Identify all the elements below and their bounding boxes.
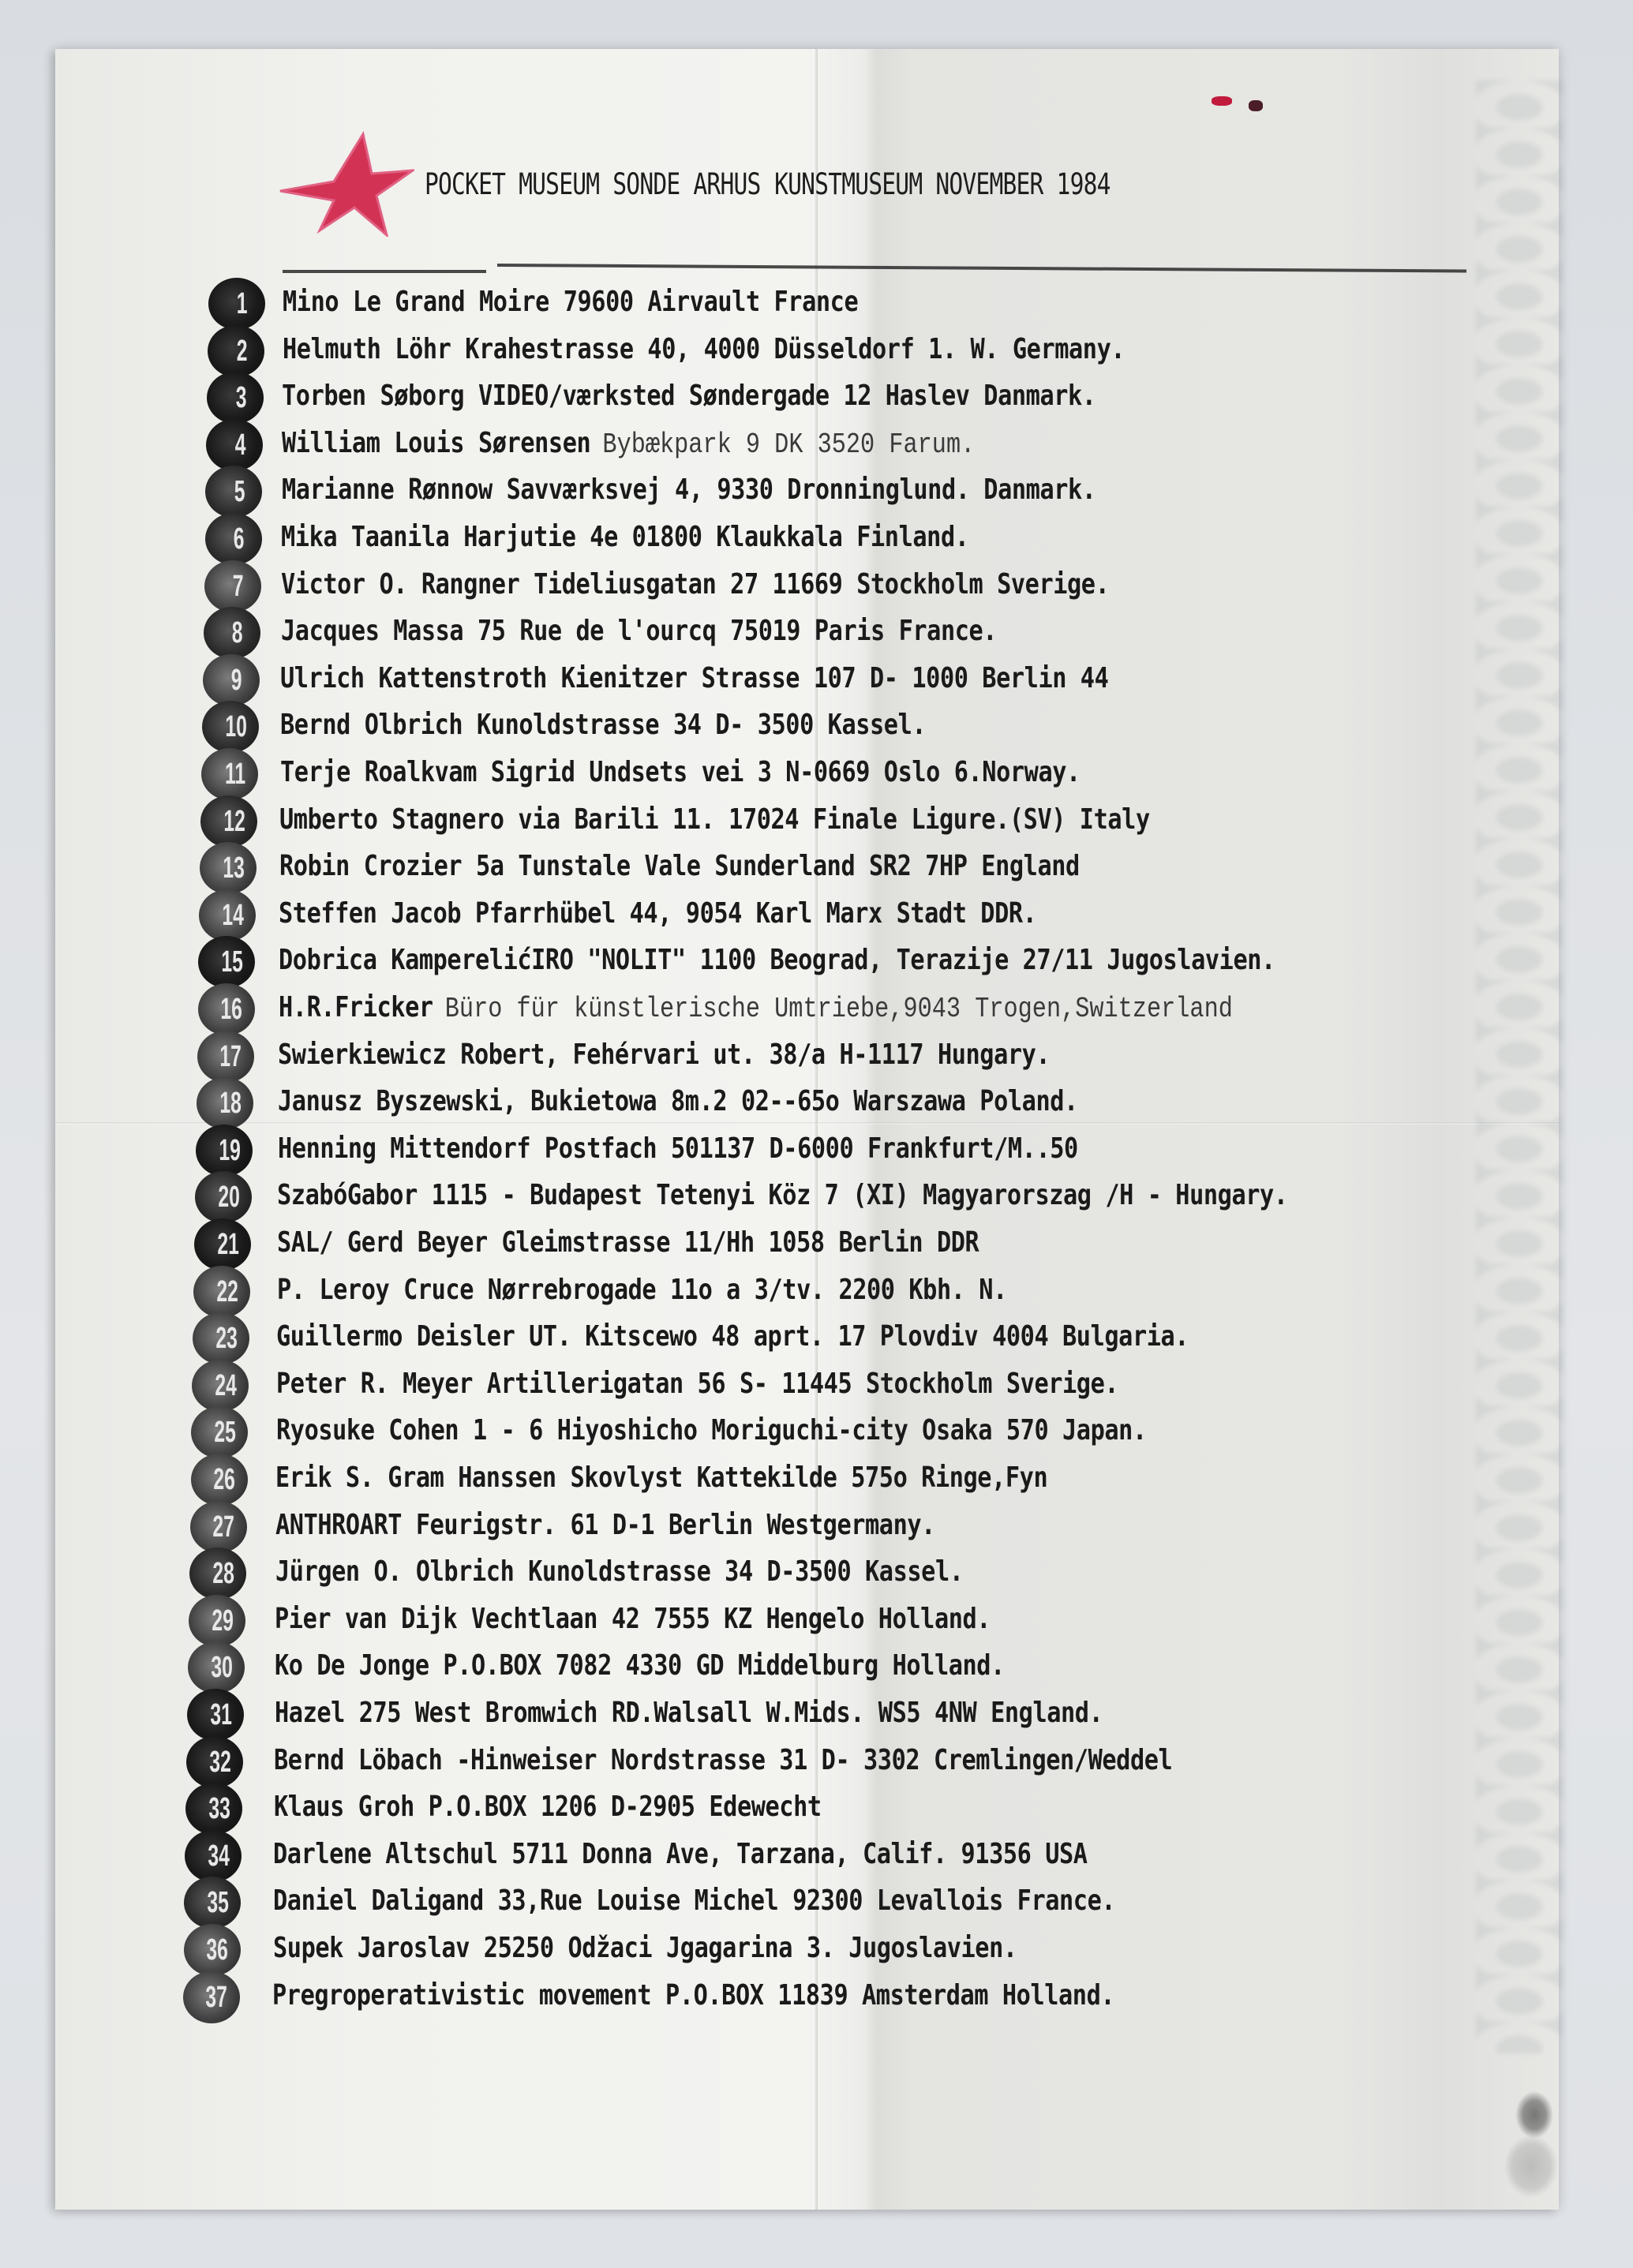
entry-number-badge: 13	[200, 842, 257, 894]
entry-number: 6	[234, 513, 245, 565]
address-entry: Steffen Jacob Pfarrhübel 44, 9054 Karl M…	[279, 897, 1036, 930]
address-entry: Hazel 275 West Bromwich RD.Walsall W.Mid…	[275, 1697, 1103, 1729]
entry-number: 21	[217, 1218, 238, 1271]
address-entry: SAL/ Gerd Beyer Gleimstrasse 11/Hh 1058 …	[277, 1226, 979, 1259]
entry-text: William Louis Sørensen	[282, 427, 590, 459]
address-entry: Jacques Massa 75 Rue de l'ourcq 75019 Pa…	[281, 615, 997, 647]
entry-text: Pier van Dijk Vechtlaan 42 7555 KZ Henge…	[275, 1603, 991, 1635]
ink-speck	[1249, 100, 1263, 111]
entry-text: Bernd Löbach -Hinweiser Nordstrasse 31 D…	[274, 1744, 1172, 1776]
address-entry: Mino Le Grand Moire 79600 Airvault Franc…	[283, 286, 858, 318]
address-entry: Henning Mittendorf Postfach 501137 D-600…	[278, 1132, 1078, 1165]
entry-text: Victor O. Rangner Tideliusgatan 27 11669…	[281, 568, 1109, 601]
entry-number: 7	[233, 560, 244, 612]
address-entry: Darlene Altschul 5711 Donna Ave, Tarzana…	[273, 1838, 1088, 1870]
entry-number-badge: 17	[197, 1031, 254, 1083]
entry-text: Henning Mittendorf Postfach 501137 D-600…	[278, 1132, 1078, 1165]
entry-number-badge: 2	[208, 325, 264, 377]
address-entry: Guillermo Deisler UT. Kitscewo 48 aprt. …	[276, 1320, 1189, 1353]
entry-number: 1	[237, 278, 248, 330]
address-entry: H.R.FrickerBüro für künstlerische Umtrie…	[279, 991, 1233, 1025]
entry-number: 28	[212, 1548, 234, 1600]
entry-number-badge: 10	[202, 701, 259, 753]
address-entry: Terje Roalkvam Sigrid Undsets vei 3 N-06…	[280, 756, 1081, 788]
entry-number-badge: 22	[193, 1266, 250, 1318]
entry-number-badge: 3	[207, 372, 264, 424]
entry-number-badge: 29	[189, 1595, 245, 1647]
title-part-date: KUNSTMUSEUM NOVEMBER 1984	[774, 167, 1111, 201]
entry-text: Hazel 275 West Bromwich RD.Walsall W.Mid…	[275, 1697, 1103, 1729]
entry-number: 2	[236, 325, 247, 377]
entry-number: 26	[214, 1454, 235, 1506]
entry-number: 10	[225, 701, 246, 753]
address-entry: Supek Jaroslav 25250 Odžaci Jgagarina 3.…	[273, 1932, 1017, 1964]
address-entry: Robin Crozier 5a Tunstale Vale Sunderlan…	[279, 850, 1080, 882]
entry-text: Pregroperativistic movement P.O.BOX 1183…	[272, 1979, 1114, 2012]
entry-number: 25	[215, 1406, 236, 1458]
document-title: POCKET MUSEUM SONDE ARHUSKUNSTMUSEUM NOV…	[425, 167, 1111, 201]
entry-number-badge: 14	[199, 889, 256, 941]
horizontal-fold-crease	[55, 1122, 1559, 1125]
entry-text: Guillermo Deisler UT. Kitscewo 48 aprt. …	[276, 1320, 1189, 1353]
entry-number-badge: 12	[200, 795, 257, 848]
address-entry: Swierkiewicz Robert, Fehérvari ut. 38/a …	[278, 1039, 1050, 1071]
entry-number-badge: 1	[208, 278, 265, 330]
entry-number: 20	[218, 1171, 239, 1223]
entry-number: 24	[215, 1360, 237, 1412]
entry-text: Mino Le Grand Moire 79600 Airvault Franc…	[283, 286, 858, 318]
entry-text: Helmuth Löhr Krahestrasse 40, 4000 Düsse…	[283, 333, 1125, 365]
header-rule-left	[283, 270, 486, 273]
entry-text: Peter R. Meyer Artillerigatan 56 S- 1144…	[276, 1368, 1118, 1400]
entry-text: Torben Søborg VIDEO/værksted Søndergade …	[282, 380, 1096, 412]
entry-number-badge: 16	[198, 983, 255, 1035]
address-entry: P. Leroy Cruce Nørrebrogade 11o a 3/tv. …	[277, 1274, 1007, 1306]
entry-number: 32	[209, 1736, 230, 1788]
entry-number-badge: 11	[201, 748, 258, 800]
entry-number-badge: 20	[195, 1171, 252, 1223]
address-entry: Ulrich Kattenstroth Kienitzer Strasse 10…	[280, 662, 1108, 694]
show-through-badges	[1476, 80, 1563, 2053]
entry-number: 12	[223, 795, 245, 848]
entry-number: 17	[220, 1031, 242, 1083]
red-ink-speck	[1212, 96, 1232, 106]
entry-text: Marianne Rønnow Savværksvej 4, 9330 Dron…	[282, 473, 1096, 506]
entry-text: Swierkiewicz Robert, Fehérvari ut. 38/a …	[278, 1039, 1050, 1071]
address-entry: Ryosuke Cohen 1 - 6 Hiyoshicho Moriguchi…	[276, 1414, 1147, 1447]
entry-number: 27	[213, 1501, 234, 1553]
entry-number-badge: 24	[192, 1360, 249, 1412]
entry-text: Jürgen O. Olbrich Kunoldstrasse 34 D-350…	[275, 1555, 964, 1588]
entry-number-badge: 36	[184, 1924, 241, 1976]
entry-text: Umberto Stagnero via Barili 11. 17024 Fi…	[279, 803, 1150, 836]
address-entry: Bernd Olbrich Kunoldstrasse 34 D- 3500 K…	[280, 709, 926, 741]
entry-number: 23	[215, 1312, 237, 1364]
entry-text: SAL/ Gerd Beyer Gleimstrasse 11/Hh 1058 …	[277, 1226, 979, 1259]
entry-number-badge: 4	[206, 419, 263, 471]
entry-text: Ryosuke Cohen 1 - 6 Hiyoshicho Moriguchi…	[276, 1414, 1147, 1447]
entry-number-badge: 28	[189, 1548, 246, 1600]
entry-number-badge: 26	[191, 1454, 248, 1506]
red-star-stamp-icon	[272, 118, 414, 237]
address-entry: Torben Søborg VIDEO/værksted Søndergade …	[282, 380, 1096, 412]
entry-text: H.R.Fricker	[279, 991, 433, 1024]
address-entry: Helmuth Löhr Krahestrasse 40, 4000 Düsse…	[283, 333, 1125, 365]
entry-text: Janusz Byszewski, Bukietowa 8m.2 02--65o…	[278, 1085, 1078, 1117]
entry-typed-address: Büro für künstlerische Umtriebe,9043 Tro…	[445, 993, 1233, 1025]
entry-number: 30	[211, 1641, 232, 1694]
address-entry: SzabóGabor 1115 - Budapest Tetenyi Köz 7…	[277, 1179, 1288, 1211]
entry-number: 29	[212, 1595, 233, 1647]
entry-text: Supek Jaroslav 25250 Odžaci Jgagarina 3.…	[273, 1932, 1017, 1964]
title-part-museum: POCKET MUSEUM SONDE ARHUS	[425, 167, 761, 201]
entry-number: 14	[223, 889, 244, 941]
entry-number-badge: 27	[190, 1501, 247, 1553]
entry-number-badge: 31	[187, 1689, 244, 1741]
address-entry: William Louis SørensenBybækpark 9 DK 352…	[282, 427, 975, 461]
entry-number: 3	[235, 372, 246, 424]
entry-number: 37	[206, 1971, 227, 2023]
address-entry: Erik S. Gram Hanssen Skovlyst Kattekilde…	[275, 1461, 1047, 1494]
entry-number: 8	[232, 607, 243, 659]
entry-number-badge: 32	[186, 1736, 243, 1788]
address-entry: Victor O. Rangner Tideliusgatan 27 11669…	[281, 568, 1109, 601]
entry-text: Klaus Groh P.O.BOX 1206 D-2905 Edewecht	[274, 1791, 822, 1823]
address-entry: Jürgen O. Olbrich Kunoldstrasse 34 D-350…	[275, 1555, 964, 1588]
entry-number: 15	[222, 936, 243, 988]
entry-number: 36	[207, 1924, 228, 1976]
entry-text: ANTHROART Feurigstr. 61 D-1 Berlin Westg…	[275, 1509, 935, 1541]
entry-number: 19	[219, 1125, 240, 1177]
entry-number: 13	[223, 842, 244, 894]
address-entry: Peter R. Meyer Artillerigatan 56 S- 1144…	[276, 1368, 1118, 1400]
entry-number: 4	[234, 419, 245, 471]
entry-text: Jacques Massa 75 Rue de l'ourcq 75019 Pa…	[281, 615, 997, 647]
entry-text: P. Leroy Cruce Nørrebrogade 11o a 3/tv. …	[277, 1274, 1007, 1306]
entry-number-badge: 37	[183, 1971, 240, 2023]
entry-text: Daniel Daligand 33,Rue Louise Michel 923…	[273, 1884, 1115, 1917]
entry-number-badge: 9	[203, 654, 260, 706]
address-entry: Janusz Byszewski, Bukietowa 8m.2 02--65o…	[278, 1085, 1078, 1117]
entry-number: 34	[208, 1830, 230, 1882]
entry-text: Steffen Jacob Pfarrhübel 44, 9054 Karl M…	[279, 897, 1036, 930]
address-entry: Bernd Löbach -Hinweiser Nordstrasse 31 D…	[274, 1744, 1172, 1776]
entry-number: 5	[234, 466, 245, 518]
entry-text: Mika Taanila Harjutie 4e 01800 Klaukkala…	[281, 521, 969, 553]
address-entry: Umberto Stagnero via Barili 11. 17024 Fi…	[279, 803, 1150, 836]
address-entry: Daniel Daligand 33,Rue Louise Michel 923…	[273, 1884, 1115, 1917]
entry-number: 11	[225, 748, 245, 800]
entry-text: Ulrich Kattenstroth Kienitzer Strasse 10…	[280, 662, 1108, 694]
entry-text: SzabóGabor 1115 - Budapest Tetenyi Köz 7…	[277, 1179, 1288, 1211]
entry-number-badge: 23	[193, 1312, 249, 1364]
entry-number: 35	[208, 1877, 229, 1929]
entry-number: 22	[216, 1266, 238, 1318]
address-entry: Pier van Dijk Vechtlaan 42 7555 KZ Henge…	[275, 1603, 991, 1635]
footprint-stamp-icon	[1500, 2083, 1563, 2202]
entry-number: 16	[221, 983, 242, 1035]
entry-number: 9	[231, 654, 242, 706]
entry-text: Ko De Jonge P.O.BOX 7082 4330 GD Middelb…	[275, 1649, 1005, 1682]
entry-number-badge: 21	[194, 1218, 251, 1271]
entry-text: Darlene Altschul 5711 Donna Ave, Tarzana…	[273, 1838, 1088, 1870]
entry-number-badge: 34	[185, 1830, 242, 1882]
address-entry: Ko De Jonge P.O.BOX 7082 4330 GD Middelb…	[275, 1649, 1005, 1682]
entry-number: 33	[208, 1783, 230, 1835]
entry-typed-address: Bybækpark 9 DK 3520 Farum.	[602, 429, 975, 461]
entry-text: Bernd Olbrich Kunoldstrasse 34 D- 3500 K…	[280, 709, 926, 741]
entry-number-badge: 6	[205, 513, 262, 565]
address-entry: Pregroperativistic movement P.O.BOX 1183…	[272, 1979, 1114, 2012]
entry-number-badge: 33	[185, 1783, 242, 1835]
entry-number-badge: 18	[197, 1077, 253, 1129]
entry-text: Terje Roalkvam Sigrid Undsets vei 3 N-06…	[280, 756, 1081, 788]
entry-number: 18	[219, 1077, 241, 1129]
address-entry: Dobrica KamperelićIRO "NOLIT" 1100 Beogr…	[279, 944, 1275, 976]
entry-number: 31	[210, 1689, 231, 1741]
entry-text: Dobrica KamperelićIRO "NOLIT" 1100 Beogr…	[279, 944, 1275, 976]
address-entry: ANTHROART Feurigstr. 61 D-1 Berlin Westg…	[275, 1509, 935, 1541]
entry-number-badge: 19	[196, 1125, 253, 1177]
entry-number-badge: 8	[204, 607, 260, 659]
entry-text: Erik S. Gram Hanssen Skovlyst Kattekilde…	[275, 1461, 1047, 1494]
address-entry: Klaus Groh P.O.BOX 1206 D-2905 Edewecht	[274, 1791, 822, 1823]
address-entry: Marianne Rønnow Savværksvej 4, 9330 Dron…	[282, 473, 1096, 506]
entry-text: Robin Crozier 5a Tunstale Vale Sunderlan…	[279, 850, 1080, 882]
entry-number-badge: 30	[188, 1641, 245, 1694]
address-entry: Mika Taanila Harjutie 4e 01800 Klaukkala…	[281, 521, 969, 553]
entry-number-badge: 7	[204, 560, 261, 612]
